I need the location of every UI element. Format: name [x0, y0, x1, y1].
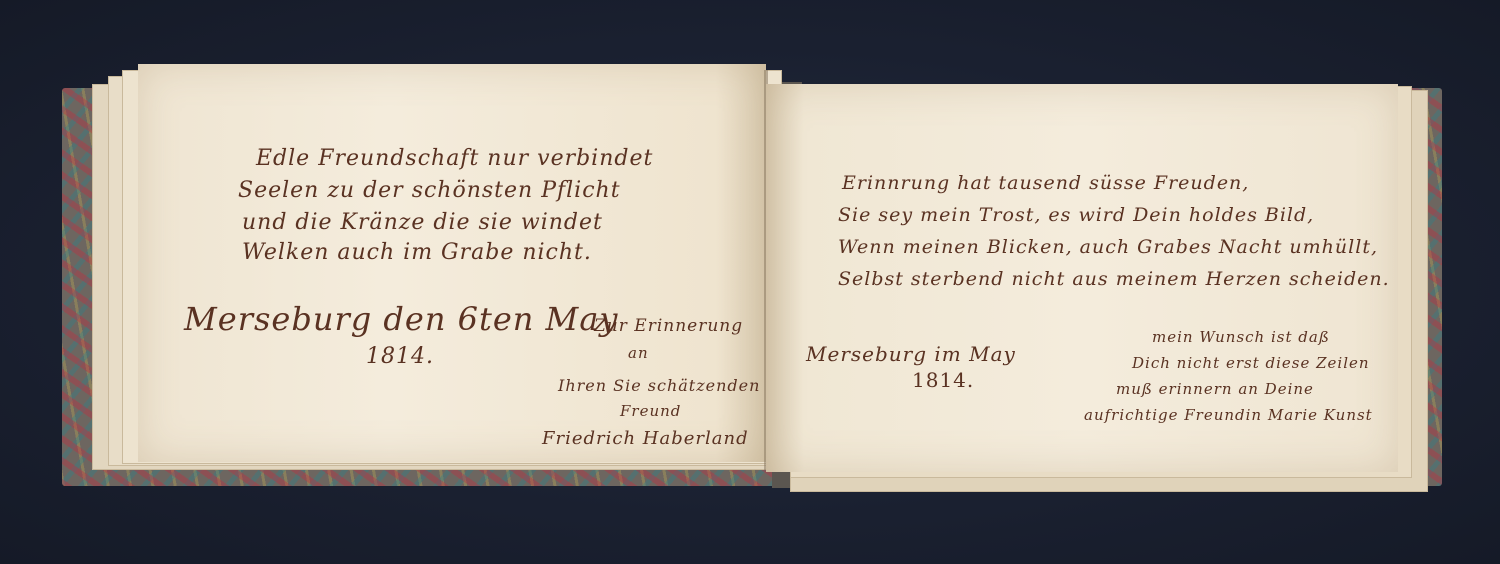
dedication-line: an [628, 344, 649, 362]
poem-line: Selbst sterbend nicht aus meinem Herzen … [838, 268, 1390, 290]
closing-line: Dich nicht erst diese Zeilen [1132, 354, 1370, 372]
year: 1814. [366, 344, 434, 369]
place-date: Merseburg den 6ten May [184, 300, 618, 338]
poem-line: und die Kränze die sie windet [242, 210, 603, 235]
dedication-line: Freund [620, 402, 681, 420]
signature: Friedrich Haberland [542, 428, 749, 449]
signature: aufrichtige Freundin Marie Kunst [1084, 406, 1373, 424]
right-page: Erinnrung hat tausend süsse Freuden, Sie… [766, 84, 1398, 472]
poem-line: Wenn meinen Blicken, auch Grabes Nacht u… [838, 236, 1378, 258]
poem-line: Welken auch im Grabe nicht. [242, 240, 592, 265]
poem-line: Erinnrung hat tausend süsse Freuden, [842, 172, 1249, 194]
place-date: Merseburg im May [806, 342, 1016, 366]
left-page: Edle Freundschaft nur verbindet Seelen z… [138, 64, 766, 462]
closing-line: mein Wunsch ist daß [1152, 328, 1330, 346]
closing-line: muß erinnern an Deine [1116, 380, 1314, 398]
dedication-line: Ihren Sie schätzenden [558, 376, 760, 395]
poem-line: Sie sey mein Trost, es wird Dein holdes … [838, 204, 1314, 226]
year: 1814. [912, 368, 974, 392]
dedication-line: Zur Erinnerung [594, 316, 743, 336]
poem-line: Edle Freundschaft nur verbindet [256, 146, 653, 171]
poem-line: Seelen zu der schönsten Pflicht [238, 178, 621, 203]
